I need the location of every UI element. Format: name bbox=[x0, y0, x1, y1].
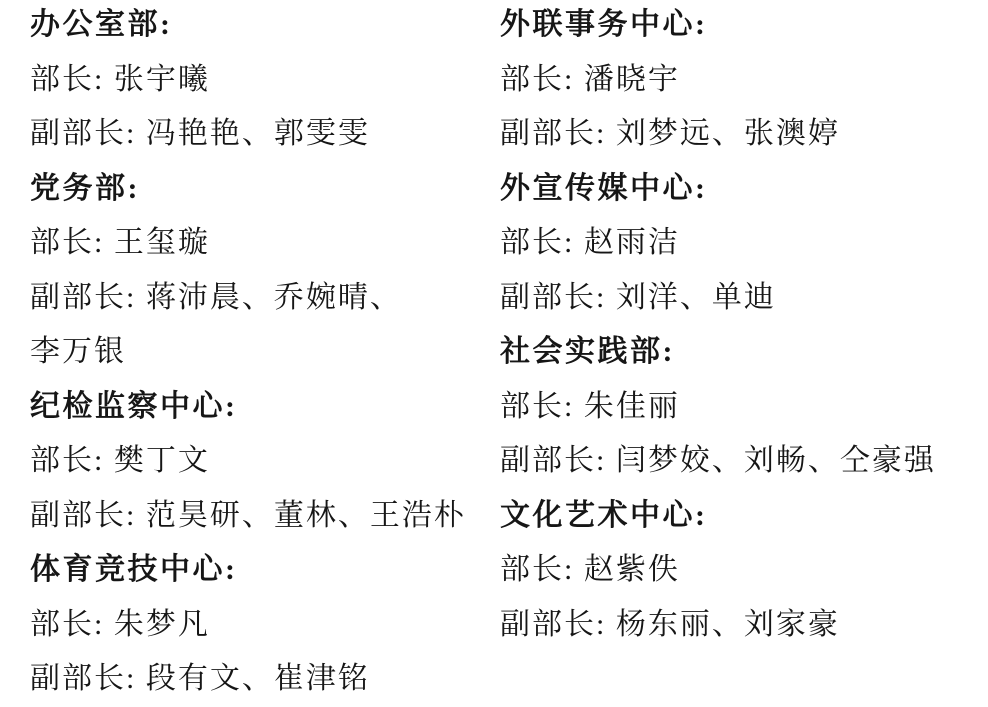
text-line: 部长: 赵雨洁 bbox=[500, 224, 982, 279]
text-line: 副部长: 冯艳艳、郭雯雯 bbox=[30, 115, 500, 170]
section-heading: 党务部: bbox=[30, 170, 500, 225]
right-column: 外联事务中心:部长: 潘晓宇副部长: 刘梦远、张澳婷外宣传媒中心:部长: 赵雨洁… bbox=[500, 6, 982, 707]
text-line: 部长: 樊丁文 bbox=[30, 442, 500, 497]
text-line: 副部长: 范昊研、董林、王浩朴 bbox=[30, 497, 500, 552]
section-heading: 体育竞技中心: bbox=[30, 551, 500, 606]
text-line: 部长: 张宇曦 bbox=[30, 61, 500, 116]
document-page: 办公室部:部长: 张宇曦副部长: 冯艳艳、郭雯雯党务部:部长: 王玺璇副部长: … bbox=[0, 0, 988, 707]
text-line: 副部长: 杨东丽、刘家豪 bbox=[500, 606, 982, 661]
section-heading: 外宣传媒中心: bbox=[500, 170, 982, 225]
text-line: 部长: 赵紫佚 bbox=[500, 551, 982, 606]
text-line: 部长: 王玺璇 bbox=[30, 224, 500, 279]
section-heading: 社会实践部: bbox=[500, 333, 982, 388]
section-heading: 文化艺术中心: bbox=[500, 497, 982, 552]
left-column: 办公室部:部长: 张宇曦副部长: 冯艳艳、郭雯雯党务部:部长: 王玺璇副部长: … bbox=[30, 6, 500, 707]
text-line: 副部长: 刘洋、单迪 bbox=[500, 279, 982, 334]
text-line: 副部长: 闫梦姣、刘畅、仝豪强 bbox=[500, 442, 982, 497]
text-line: 李万银 bbox=[30, 333, 500, 388]
text-line: 副部长: 刘梦远、张澳婷 bbox=[500, 115, 982, 170]
section-heading: 纪检监察中心: bbox=[30, 388, 500, 443]
text-line: 副部长: 段有文、崔津铭 bbox=[30, 660, 500, 707]
text-line: 部长: 朱梦凡 bbox=[30, 606, 500, 661]
text-line: 部长: 朱佳丽 bbox=[500, 388, 982, 443]
text-line: 部长: 潘晓宇 bbox=[500, 61, 982, 116]
section-heading: 外联事务中心: bbox=[500, 6, 982, 61]
section-heading: 办公室部: bbox=[30, 6, 500, 61]
text-line: 副部长: 蒋沛晨、乔婉晴、 bbox=[30, 279, 500, 334]
